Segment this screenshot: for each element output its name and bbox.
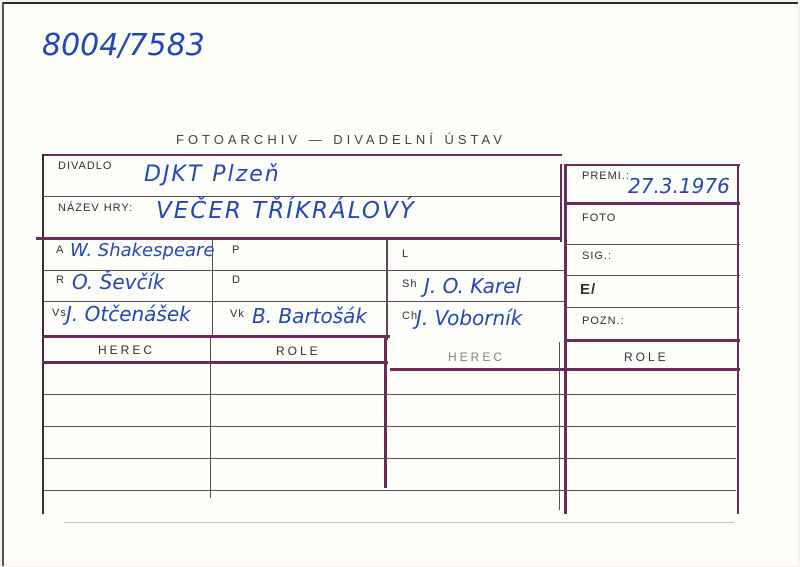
label-foto: FOTO	[582, 212, 616, 224]
cast-header-bottom	[42, 361, 388, 364]
cast-row-2	[42, 426, 736, 427]
cast-header-top	[42, 335, 390, 338]
value-sh: J. O. Karel	[424, 274, 521, 298]
label-nazev-hry: NÁZEV HRY:	[58, 202, 133, 214]
archive-stamp-header: FOTOARCHIV — DIVADELNÍ ÚSTAV	[176, 132, 506, 147]
label-sh: Sh	[402, 278, 417, 290]
premiera-bottom	[564, 202, 740, 205]
frame-left	[42, 154, 44, 514]
label-r: R	[56, 274, 65, 286]
cast-col-a	[210, 338, 211, 498]
frame-title-right	[560, 164, 562, 242]
inventory-number: 8004/7583	[42, 28, 205, 63]
cast-row-5	[64, 522, 734, 523]
cast-header-herec-2: HEREC	[448, 350, 505, 364]
label-a: A	[56, 244, 64, 256]
cast-row-4	[42, 490, 736, 491]
value-a: W. Shakespeare	[70, 240, 215, 261]
sig-bottom	[564, 275, 740, 276]
value-nazev-hry: VEČER TŘÍKRÁLOVÝ	[156, 198, 416, 224]
label-pozn: POZN.:	[582, 315, 625, 327]
label-p: P	[232, 244, 240, 256]
label-premiera: PREMI.:	[582, 170, 630, 182]
right-block-top	[564, 164, 740, 166]
label-sig: SIG.:	[582, 250, 612, 262]
label-d: D	[232, 274, 241, 286]
frame-divadlo-bottom	[42, 196, 562, 197]
label-divadlo: DIVADLO	[58, 160, 112, 172]
cast-header-role-2: ROLE	[624, 350, 669, 364]
value-divadlo: DJKT Plzeň	[144, 162, 281, 187]
label-vk: Vk	[230, 308, 245, 320]
cast-header-herec-1: HEREC	[98, 343, 155, 357]
e-bottom	[564, 307, 740, 308]
value-vs: J. Otčenášek	[66, 302, 191, 326]
cast-header-role-1: ROLE	[276, 344, 321, 358]
cast-divider-center	[384, 338, 387, 488]
frame-top	[42, 154, 562, 156]
foto-bottom	[564, 244, 740, 245]
value-ch: J. Voborník	[416, 306, 522, 330]
cast-header-bottom-right	[390, 368, 740, 371]
cast-row-1	[42, 394, 736, 395]
crew-col2	[386, 240, 388, 340]
archive-card: 8004/7583 FOTOARCHIV — DIVADELNÍ ÚSTAV D…	[2, 2, 798, 566]
value-r: O. Ševčík	[72, 270, 165, 294]
label-l: L	[402, 248, 409, 260]
label-vs: Vs	[52, 307, 67, 319]
cast-row-3	[42, 458, 736, 459]
pozn-bottom	[564, 339, 740, 342]
value-vk: B. Bartošák	[252, 304, 367, 328]
value-premiera: 27.3.1976	[628, 174, 730, 198]
label-e: E/	[580, 281, 596, 298]
